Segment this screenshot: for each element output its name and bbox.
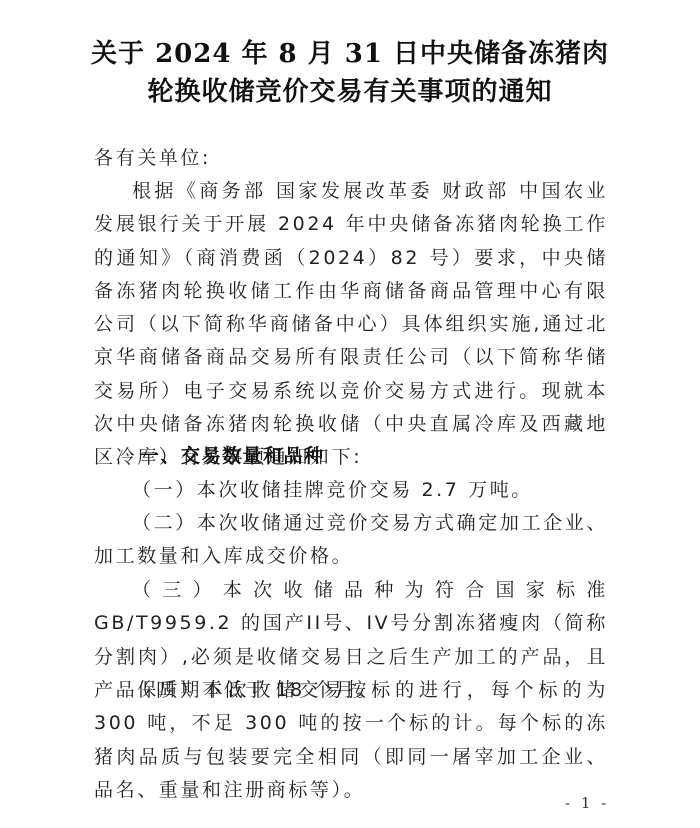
document-title-line-1: 关于 2024 年 8 月 31 日中央储备冻猪肉 — [0, 37, 700, 71]
document-title-line-2: 轮换收储竞价交易有关事项的通知 — [0, 75, 700, 109]
list-item-2: （二）本次收储通过竞价交易方式确定加工企业、加工数量和入库成交价格。 — [94, 507, 608, 574]
salutation: 各有关单位: — [94, 142, 608, 175]
section-heading: 一、交易数量和品种 — [140, 441, 325, 471]
list-item-1: （一）本次收储挂牌竞价交易 2.7 万吨。 — [94, 474, 608, 507]
list-item-4: （四）本次收储交易按标的进行，每个标的为 300 吨，不足 300 吨的按一个标… — [94, 674, 608, 807]
intro-paragraph: 根据《商务部 国家发展改革委 财政部 中国农业发展银行关于开展 2024 年中央… — [94, 175, 608, 475]
document-page: 关于 2024 年 8 月 31 日中央储备冻猪肉 轮换收储竞价交易有关事项的通… — [0, 0, 700, 828]
page-number: - 1 - — [565, 794, 609, 812]
